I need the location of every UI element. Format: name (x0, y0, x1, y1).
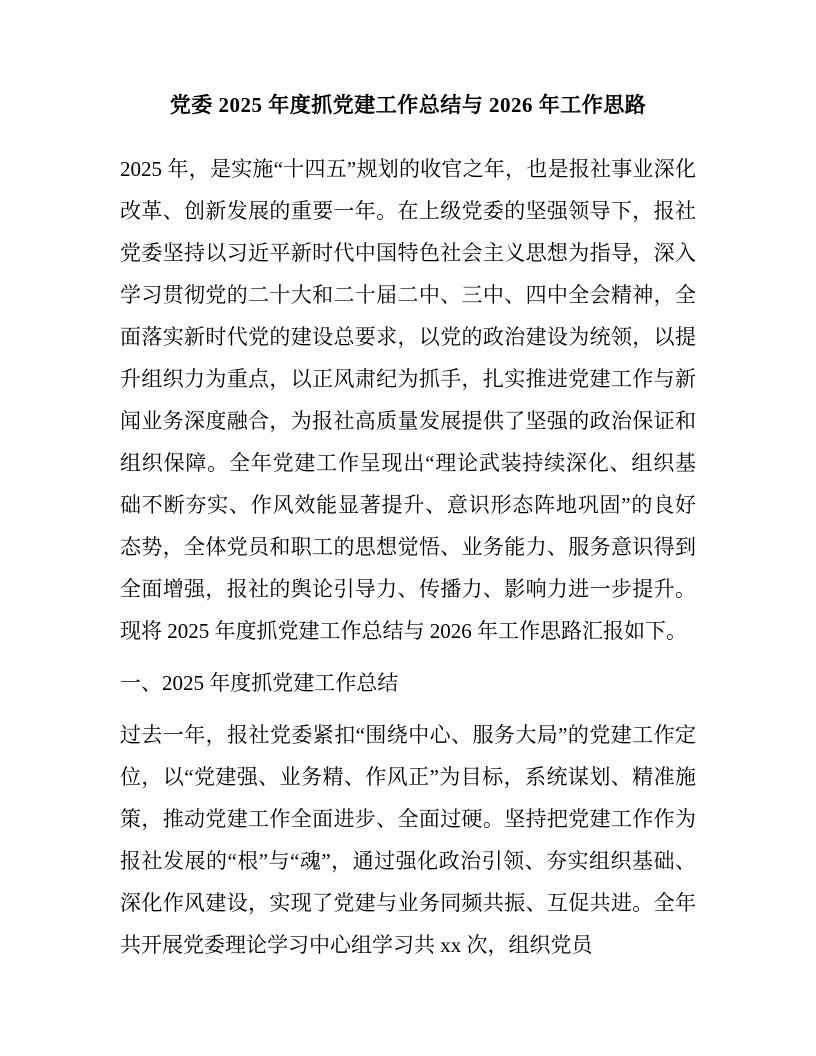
paragraph-section-1-body: 过去一年，报社党委紧扣“围绕中心、服务大局”的党建工作定位，以“党建强、业务精、… (120, 714, 696, 966)
paragraph-intro: 2025 年，是实施“十四五”规划的收官之年，也是报社事业深化改革、创新发展的重… (120, 148, 696, 652)
section-heading-1: 一、2025 年度抓党建工作总结 (120, 662, 696, 704)
document-title: 党委 2025 年度抓党建工作总结与 2026 年工作思路 (120, 90, 696, 120)
document-page: 党委 2025 年度抓党建工作总结与 2026 年工作思路 2025 年，是实施… (0, 0, 816, 1056)
